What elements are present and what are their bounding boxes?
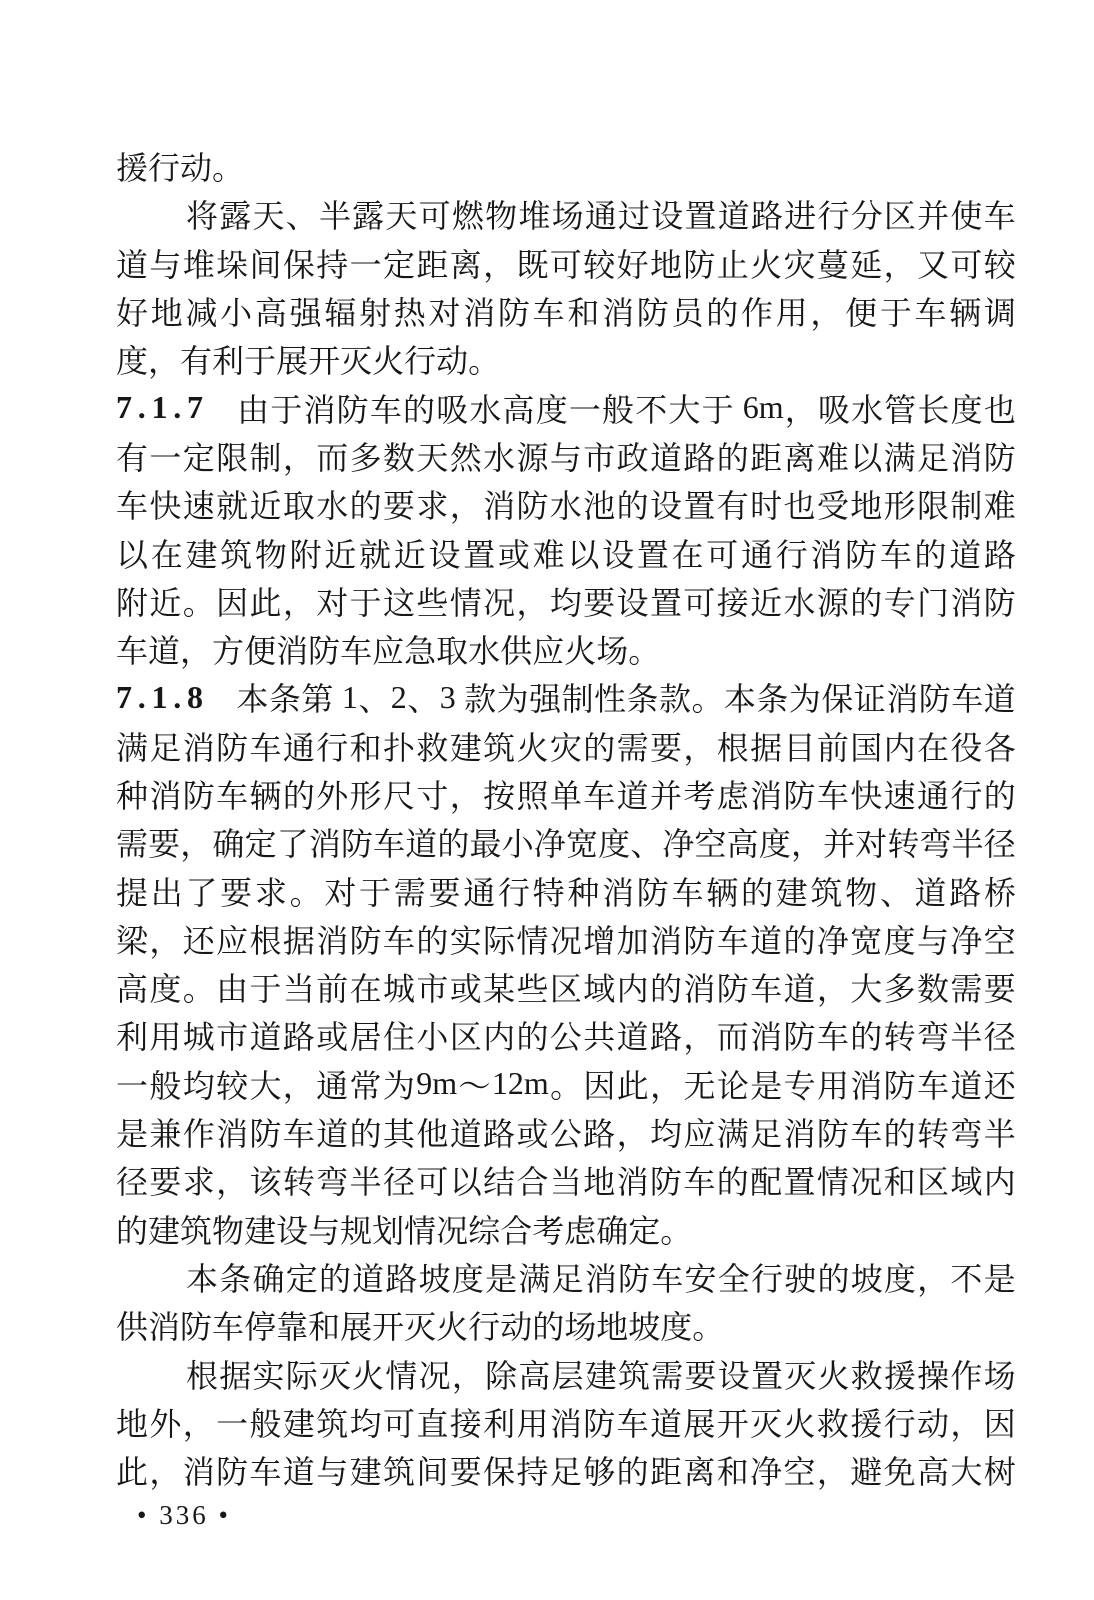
glyph-run: 路 (385, 1254, 417, 1300)
glyph-run: 需 (617, 723, 649, 769)
glyph-run: 本 (236, 674, 268, 720)
glyph-run: 均 (350, 1399, 382, 1445)
glyph-run: 路 (683, 433, 715, 479)
glyph-run: 坡 (851, 1254, 883, 1300)
text-line: 是兼作消防车道的其他道路或公路，均应满足消防车的转弯半 (116, 1108, 1016, 1156)
glyph-run: 半 (950, 1012, 982, 1058)
glyph-run: 些 (517, 964, 549, 1010)
glyph-run: 空 (984, 916, 1016, 962)
glyph-run: 离 (784, 433, 816, 479)
glyph-run: 筑 (810, 868, 842, 914)
glyph-run: 供 (500, 626, 532, 672)
glyph-run: 役 (950, 723, 982, 769)
glyph-run: 居 (350, 1012, 382, 1058)
glyph-run: 制 (250, 433, 282, 479)
glyph-run: 消 (810, 530, 842, 576)
glyph-run: 取 (436, 626, 468, 672)
glyph-run: 某 (483, 964, 515, 1010)
glyph-run: 难 (533, 530, 565, 576)
glyph-run: 的 (706, 288, 738, 334)
glyph-run: 大 (668, 385, 700, 431)
text-line: 本条确定的道路坡度是满足消防车安全行驶的坡度，不是 (116, 1253, 1016, 1301)
glyph-run: 宽 (850, 916, 882, 962)
glyph-run: 的 (283, 771, 315, 817)
glyph-run: 防 (784, 1012, 816, 1058)
glyph-run: 灭 (340, 336, 372, 382)
glyph-run: 区 (917, 1157, 949, 1203)
glyph-run: 与 (316, 1447, 348, 1493)
glyph-run: 的 (784, 916, 816, 962)
glyph-run: 停 (244, 1302, 276, 1348)
glyph-run: 道 (405, 819, 437, 865)
glyph-run: 了 (185, 868, 217, 914)
glyph-run: 的 (532, 1302, 564, 1348)
glyph-run: 路 (283, 1012, 315, 1058)
glyph-run: 而 (316, 433, 348, 479)
glyph-run: 置 (751, 1351, 783, 1397)
glyph-run: 行 (498, 868, 530, 914)
glyph-run: 消 (617, 1157, 649, 1203)
glyph-run: 利 (116, 1012, 148, 1058)
glyph-run: 因 (216, 578, 248, 624)
glyph-run: 高 (116, 964, 148, 1010)
glyph-run: 的 (617, 481, 649, 527)
glyph-run: 行 (817, 191, 849, 237)
glyph-run: 开 (717, 1399, 749, 1445)
glyph-run: 门 (917, 578, 949, 624)
glyph-run: 坡 (628, 1302, 660, 1348)
text-line: 提出了要求。对于需要通行特种消防车辆的建筑物、道路桥 (116, 866, 1016, 914)
glyph-run: 般 (250, 1399, 282, 1445)
glyph-run: 作 (950, 1351, 982, 1397)
glyph-run: 车 (583, 771, 615, 817)
glyph-run: 吸 (818, 385, 850, 431)
glyph-run: 或 (450, 964, 482, 1010)
glyph-run: 道 (650, 1399, 682, 1445)
glyph-run: 定 (383, 240, 415, 286)
glyph-run: 热 (394, 288, 426, 334)
glyph-run: 火 (436, 1302, 468, 1348)
glyph-run: 消 (463, 288, 495, 334)
glyph-run: 的 (915, 530, 947, 576)
glyph-run: 灾 (550, 723, 582, 769)
text-line: 地外，一般建筑均可直接利用消防车道展开灭火救援行动，因 (116, 1398, 1016, 1446)
glyph-run: 与 (550, 433, 582, 479)
glyph-run: 筑 (316, 1399, 348, 1445)
glyph-run: 置 (683, 481, 715, 527)
glyph-run: 是 (485, 1254, 517, 1300)
glyph-run: 分 (851, 191, 883, 237)
glyph-run: 般 (149, 1061, 181, 1107)
glyph-run: 定 (628, 1206, 660, 1252)
glyph-run: 的 (403, 385, 435, 431)
glyph-run: 车 (116, 626, 148, 672)
glyph-run: 灾 (784, 240, 816, 286)
glyph-run: 据 (750, 723, 782, 769)
glyph-run: 2 (391, 679, 407, 716)
glyph-run: 条 (756, 674, 788, 720)
glyph-run: 区 (450, 1012, 482, 1058)
glyph-run: 况 (436, 1206, 468, 1252)
glyph-run: 车 (651, 1254, 683, 1300)
glyph-run: 将 (186, 191, 218, 237)
glyph-run: 于 (350, 578, 382, 624)
glyph-run: 对 (316, 578, 348, 624)
glyph-run: 用 (149, 1012, 181, 1058)
glyph-run: 况 (850, 1157, 882, 1203)
glyph-run: 的 (617, 1447, 649, 1493)
glyph-run: 。 (290, 868, 322, 914)
glyph-run: 的 (319, 1254, 351, 1300)
glyph-run: 车 (370, 385, 402, 431)
glyph-run: 防 (618, 1254, 650, 1300)
glyph-run: 车 (533, 288, 565, 334)
glyph-run: 驶 (784, 1254, 816, 1300)
glyph-run: 防 (784, 771, 816, 817)
glyph-run: 防 (683, 916, 715, 962)
glyph-run: 条 (627, 674, 659, 720)
glyph-run: 近 (394, 530, 426, 576)
glyph-run: 于 (244, 336, 276, 382)
glyph-run: 间 (250, 240, 282, 286)
glyph-run: 取 (283, 481, 315, 527)
glyph-run: 小 (502, 819, 534, 865)
glyph-run: 急 (404, 626, 436, 672)
text-line: 以在建筑物附近就近设置或难以设置在可通行消防车的道路 (116, 528, 1016, 576)
glyph-run: 路 (483, 1109, 515, 1155)
glyph-run: 防 (650, 1157, 682, 1203)
glyph-run: 保 (283, 240, 315, 286)
glyph-run: 需 (651, 1351, 683, 1397)
glyph-run: 本 (186, 1254, 218, 1300)
text-line: 高度。由于当前在城市或某些区域内的消防车道，大多数需要 (116, 963, 1016, 1011)
glyph-run: 确 (252, 1254, 284, 1300)
text-line: 好地减小高强辐射热对消防车和消防员的作用，便于车辆调 (116, 287, 1016, 335)
glyph-run: 确 (596, 1206, 628, 1252)
glyph-run: 路 (583, 1109, 615, 1155)
glyph-run: 快 (850, 771, 882, 817)
glyph-run: 防 (308, 626, 340, 672)
glyph-run: 形 (884, 481, 916, 527)
glyph-run: 前 (817, 723, 849, 769)
glyph-run: 行 (148, 143, 180, 189)
glyph-run: 道 (352, 1254, 384, 1300)
glyph-run: 转 (887, 819, 919, 865)
glyph-run: 一 (116, 1061, 148, 1107)
glyph-run: 此 (116, 1447, 148, 1493)
glyph-run: 要 (984, 964, 1016, 1010)
glyph-run: 内 (617, 964, 649, 1010)
glyph-run: 够 (583, 1447, 615, 1493)
glyph-run: 情 (385, 1351, 417, 1397)
glyph-run: 梁 (116, 916, 148, 962)
glyph-run: 前 (316, 964, 348, 1010)
glyph-run: 要 (383, 481, 415, 527)
glyph-run: 也 (984, 385, 1016, 431)
glyph-run: 防 (884, 1061, 916, 1107)
glyph-run: 减 (185, 288, 217, 334)
glyph-run: 种 (116, 771, 148, 817)
glyph-run: 半 (952, 819, 984, 865)
glyph-run: 应 (372, 626, 404, 672)
glyph-run: 离 (450, 240, 482, 286)
glyph-run: 置 (650, 578, 682, 624)
document-page: 援行动。将露天、半露天可燃物堆场通过设置道路进行分区并使车道与堆垛间保持一定距离… (0, 0, 1094, 1600)
glyph-run: 筑 (618, 1351, 650, 1397)
text-line: 种消防车辆的外形尺寸，按照单车道并考虑消防车快速通行的 (116, 770, 1016, 818)
glyph-run: 车 (817, 771, 849, 817)
glyph-run: 车 (250, 1447, 282, 1493)
glyph-run: 大 (950, 1447, 982, 1493)
glyph-run: 道 (450, 1109, 482, 1155)
glyph-run: 可 (683, 578, 715, 624)
glyph-run: 划 (372, 1206, 404, 1252)
glyph-run: 在 (151, 530, 183, 576)
glyph-run: 的 (850, 578, 882, 624)
glyph-run: 防 (984, 578, 1016, 624)
glyph-run: 款 (659, 674, 691, 720)
glyph-run: 些 (416, 578, 448, 624)
glyph-run: 避 (850, 1447, 882, 1493)
glyph-run: 水 (469, 385, 501, 431)
glyph-run: 消 (683, 964, 715, 1010)
glyph-run: 燃 (452, 191, 484, 237)
glyph-run: 间 (416, 1447, 448, 1493)
glyph-run: 以 (116, 530, 148, 576)
glyph-run: ， (917, 1254, 949, 1300)
glyph-run: 置 (463, 530, 495, 576)
glyph-run: 限 (216, 433, 248, 479)
glyph-run: 保 (483, 1447, 515, 1493)
text-line: 7.1.8本条第 1、2、3 款为强制性条款。本条为保证消防车道 (116, 673, 1016, 721)
glyph-run: 1 (334, 679, 358, 716)
glyph-run: 配 (750, 1157, 782, 1203)
text-block: 援行动。将露天、半露天可燃物堆场通过设置道路进行分区并使车道与堆垛间保持一定距离… (116, 142, 1016, 1494)
glyph-run: 度 (759, 819, 791, 865)
glyph-run: 有 (717, 481, 749, 527)
glyph-run: 对 (428, 288, 460, 334)
glyph-run: 强 (529, 674, 561, 720)
glyph-run: 还 (984, 1061, 1016, 1107)
glyph-run: 火 (750, 240, 782, 286)
glyph-run: 在 (350, 964, 382, 1010)
glyph-run: 救 (817, 1399, 849, 1445)
glyph-run: 或 (517, 1109, 549, 1155)
glyph-run: 车 (283, 1109, 315, 1155)
glyph-run: 速 (884, 771, 916, 817)
glyph-run: 度 (660, 1302, 692, 1348)
glyph-run: 或 (498, 530, 530, 576)
glyph-run: 防 (216, 723, 248, 769)
text-line: 的建筑物建设与规划情况综合考虑确定。 (116, 1205, 1016, 1253)
glyph-run: 场 (552, 191, 584, 237)
glyph-run: 道 (250, 1012, 282, 1058)
glyph-run: 、 (880, 868, 912, 914)
glyph-run: 物 (255, 530, 287, 576)
glyph-run: ， (452, 1351, 484, 1397)
glyph-run: 灭 (404, 1302, 436, 1348)
glyph-run: 建 (350, 1447, 382, 1493)
paragraph: 将露天、半露天可燃物堆场通过设置道路进行分区并使车道与堆垛间保持一定距离，既可较… (116, 190, 1016, 383)
glyph-run: 定 (286, 1254, 318, 1300)
text-line: 根据实际灭火情况，除高层建筑需要设置灭火救援操作场 (116, 1349, 1016, 1397)
glyph-run: 灭 (750, 1399, 782, 1445)
glyph-run: 。 (628, 626, 660, 672)
glyph-run: 防 (517, 481, 549, 527)
glyph-run: 火 (352, 1351, 384, 1397)
glyph-run: 通 (741, 530, 773, 576)
glyph-run: 加 (617, 916, 649, 962)
glyph-run: 水 (468, 626, 500, 672)
glyph-run: 水 (784, 578, 816, 624)
glyph-run: 要 (148, 819, 180, 865)
glyph-run: 与 (308, 1206, 340, 1252)
glyph-run: 市 (216, 1012, 248, 1058)
glyph-run: 道 (148, 626, 180, 672)
glyph-run: 还 (183, 916, 215, 962)
glyph-run: 车 (212, 1302, 244, 1348)
glyph-run: 要 (220, 868, 252, 914)
glyph-run: 置 (637, 530, 669, 576)
glyph-run: 树 (984, 1447, 1016, 1493)
glyph-run: ， (149, 916, 181, 962)
glyph-run: 定 (183, 433, 215, 479)
glyph-run: 吸 (436, 385, 468, 431)
glyph-run: 足 (917, 433, 949, 479)
glyph-run: 动 (180, 143, 212, 189)
glyph-run: 不 (950, 1254, 982, 1300)
glyph-run: 度 (884, 916, 916, 962)
glyph-run: 车 (672, 868, 704, 914)
glyph-run: ， (148, 336, 180, 382)
glyph-run: 池 (583, 481, 615, 527)
glyph-run: 定 (245, 819, 277, 865)
glyph-run: 种 (567, 868, 599, 914)
glyph-run: 路 (984, 530, 1016, 576)
glyph-run: 设 (718, 1351, 750, 1397)
glyph-run: 考 (683, 771, 715, 817)
glyph-run: 于 (880, 288, 912, 334)
glyph-run: 小 (220, 288, 252, 334)
glyph-run: 行 (316, 723, 348, 769)
glyph-run: 兼 (149, 1109, 181, 1155)
glyph-run: 安 (685, 1254, 717, 1300)
glyph-run: 速 (183, 481, 215, 527)
glyph-run: 行 (751, 1254, 783, 1300)
glyph-run: 大 (249, 1061, 281, 1107)
glyph-run: ， (180, 626, 212, 672)
glyph-run: 物 (845, 868, 877, 914)
glyph-run: 半 (350, 1157, 382, 1203)
glyph-run: 使 (950, 191, 982, 237)
glyph-run: ， (650, 1061, 682, 1107)
glyph-run: 展 (340, 1302, 372, 1348)
glyph-run: 然 (450, 433, 482, 479)
glyph-run: 弯 (920, 819, 952, 865)
glyph-run: 在 (917, 723, 949, 769)
glyph-run: 天 (416, 433, 448, 479)
glyph-run: 度 (536, 385, 568, 431)
glyph-run: 的 (583, 723, 615, 769)
glyph-run: 止 (717, 240, 749, 286)
glyph-run: 设 (617, 578, 649, 624)
glyph-run: 外 (149, 1399, 181, 1445)
glyph-run: 为 (789, 674, 821, 720)
glyph-run: 消 (750, 1012, 782, 1058)
glyph-run: 辐 (324, 288, 356, 334)
glyph-run: 实 (252, 1351, 284, 1397)
glyph-run: 需 (950, 964, 982, 1010)
glyph-run: 较 (583, 240, 615, 286)
glyph-run: 有 (116, 433, 148, 479)
glyph-run: 道 (984, 674, 1016, 720)
glyph-run: 的 (350, 1109, 382, 1155)
glyph-run: 就 (216, 481, 248, 527)
glyph-run: 以 (850, 433, 882, 479)
glyph-run: 防 (817, 1109, 849, 1155)
glyph-run: 对 (855, 819, 887, 865)
glyph-run: 源 (817, 578, 849, 624)
glyph-run: 辆 (706, 868, 738, 914)
text-line: 7.1.7由于消防车的吸水高度一般不大于 6m，吸水管长度也 (116, 383, 1016, 431)
glyph-run: 的 (817, 1254, 849, 1300)
glyph-run: 是 (750, 1061, 782, 1107)
glyph-run: 当 (550, 1157, 582, 1203)
glyph-run: 坡 (419, 1254, 451, 1300)
glyph-run: 车 (880, 530, 912, 576)
glyph-run: 路 (949, 868, 981, 914)
glyph-run: 据 (283, 916, 315, 962)
glyph-run: 高 (255, 288, 287, 334)
glyph-run: 通 (283, 723, 315, 769)
glyph-run: ， (483, 240, 515, 286)
glyph-run: 消 (183, 723, 215, 769)
text-line: 需要，确定了消防车道的最小净宽度、净空高度，并对转弯半径 (116, 818, 1016, 866)
glyph-run: 。 (692, 1302, 724, 1348)
glyph-run: 于 (270, 385, 302, 431)
text-line: 车快速就近取水的要求，消防水池的设置有时也受地形限制难 (116, 480, 1016, 528)
glyph-run: 场 (596, 626, 628, 672)
text-line: 度，有利于展开灭火行动。 (116, 335, 1016, 383)
glyph-run: 内 (984, 1157, 1016, 1203)
glyph-run: 防 (845, 530, 877, 576)
glyph-run: 小 (416, 1012, 448, 1058)
glyph-run: 要 (149, 1157, 181, 1203)
glyph-run: 筑 (483, 723, 515, 769)
glyph-run: 置 (685, 191, 717, 237)
glyph-run: 和 (350, 723, 382, 769)
glyph-run: 距 (750, 433, 782, 479)
glyph-run: 车 (817, 1012, 849, 1058)
glyph-run: 求 (416, 481, 448, 527)
glyph-run: 道 (784, 964, 816, 1010)
glyph-run: 道 (650, 433, 682, 479)
glyph-run: 通 (917, 771, 949, 817)
glyph-run: 堆 (518, 191, 550, 237)
glyph-run: ， (791, 819, 823, 865)
glyph-run: 消 (650, 916, 682, 962)
glyph-run: ， (810, 288, 842, 334)
glyph-run: 求 (183, 1157, 215, 1203)
glyph-run: 通 (585, 191, 617, 237)
glyph-run: 度 (884, 1254, 916, 1300)
text-line: 径要求，该转弯半径可以结合当地消防车的配置情况和区域内 (116, 1156, 1016, 1204)
glyph-run: 消 (602, 288, 634, 334)
glyph-run: 际 (286, 1351, 318, 1397)
glyph-run: 一 (569, 385, 601, 431)
glyph-run: 层 (552, 1351, 584, 1397)
glyph-run: 灭 (319, 1351, 351, 1397)
